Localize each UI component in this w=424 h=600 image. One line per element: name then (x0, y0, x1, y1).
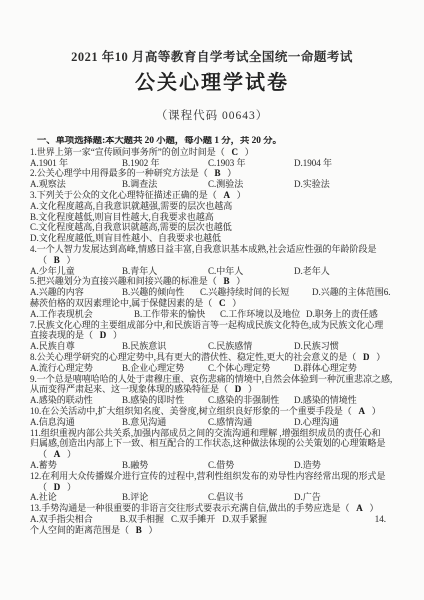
exam-line: B.文化程度越低,则盲目性越大,自我要求也越高 (30, 212, 398, 223)
option-cell: B.1902 年 (122, 158, 208, 169)
exam-line: 1.世界上第一家“宣传顾问事务所”的创立时间是（ C ） (30, 147, 398, 158)
section-heading: 一、单项选择题:本大题共 20 小题，每小题 1 分，共 20 分。 (30, 136, 398, 147)
exam-line: A.少年儿童B.青年人C.中年人D.老年人 (30, 266, 398, 277)
exam-line: A.1901 年B.1902 年C.1903 年D.1904 年 (30, 158, 398, 169)
exam-line: D.文化程度越低,则盲目性越小、自我要求也越低 (30, 233, 398, 244)
option-cell: B.双手相握 (120, 514, 164, 525)
exam-line: A.观察法B.调查法C.测验法D.实验法 (30, 179, 398, 190)
exam-header: 2021 年10 月高等教育自学考试全国统一命题考试 公关心理学试卷 （课程代码… (0, 0, 424, 123)
answer-letter: D (235, 384, 242, 394)
exam-line: A.感染的联动性B.感染的即时性C.感染的非强制性D.感染的情境性 (30, 395, 398, 406)
exam-line: A.流行心理定势B.企业心理定势C.个体心理定势D.群体心理定势 (30, 363, 398, 374)
answer-letter: A (359, 406, 366, 416)
answer-letter: C (219, 298, 226, 308)
answer-letter: D (100, 330, 107, 340)
option-cell: C.双手摊开 (171, 514, 215, 525)
option-cell: C.工作环境以及地位 (220, 309, 306, 320)
answer-letter: A (54, 449, 61, 459)
exam-line: 从而变得严肃起来、这一现象体现的感染特征是（ D ） (30, 384, 398, 395)
exam-line: A.民族自尊B.民族意识C.民族感情D.民族习惯 (30, 341, 398, 352)
option-cell: D.民族习惯 (294, 341, 398, 352)
exam-line: 8.公关心理学研究的心理定势中,具有更大的潜伏性、稳定性,更大的社会意义的是（ … (30, 352, 398, 363)
option-cell: B.企业心理定势 (122, 363, 208, 374)
option-cell: D.广告 (294, 492, 398, 503)
option-cell: B.工作带来的愉快 (134, 309, 220, 320)
exam-line: （ D ） (30, 482, 398, 493)
option-cell: A.信息沟通 (30, 417, 122, 428)
option-cell: B.融势 (122, 460, 208, 471)
option-cell: C.测验法 (208, 179, 294, 190)
exam-line: A.工作表现机会B.工作带来的愉快C.工作环境以及地位D.职务上的责任感 (30, 309, 398, 320)
option-cell: C.个体心理定势 (208, 363, 294, 374)
exam-line: （ B ） (30, 255, 398, 266)
exam-line: （ A ） (30, 449, 398, 460)
option-cell: B.调查法 (122, 179, 208, 190)
option-cell: B.民族意识 (122, 341, 208, 352)
answer-letter: B (215, 168, 221, 178)
answer-letter: D (54, 482, 61, 492)
stray-question-number: 14. (375, 514, 386, 525)
option-cell: C.中年人 (208, 266, 294, 277)
exam-session-title: 2021 年10 月高等教育自学考试全国统一命题考试 (0, 50, 424, 64)
option-cell: B.意见沟通 (122, 417, 208, 428)
exam-line: 12.在利用大众传播媒介进行宣传的过程中,营利性组织发布的劝导性内容经常出现的形… (30, 471, 398, 482)
option-cell: D.职务上的责任感 (306, 309, 398, 320)
exam-line: 赫茨伯格的双因素理论中,属于保健因素的是（ C ） (30, 298, 398, 309)
exam-line: 直接表现的是（ D ） (30, 330, 398, 341)
option-cell: C.借势 (208, 460, 294, 471)
answer-letter: B (224, 276, 230, 286)
answer-letter: A (224, 190, 231, 200)
option-cell: D.感染的情境性 (294, 395, 398, 406)
option-cell: B.评论 (122, 492, 208, 503)
option-cell: A.少年儿童 (30, 266, 122, 277)
option-cell: D.造势 (294, 460, 398, 471)
exam-line: 5.把兴趣划分为直接兴趣和间接兴趣的标准是（ B ） (30, 276, 398, 287)
option-cell: D.群体心理定势 (294, 363, 398, 374)
exam-line: A.蓄势B.融势C.借势D.造势 (30, 460, 398, 471)
option-cell: C.感染的非强制性 (208, 395, 294, 406)
exam-line: 9.一个总是嘻嘻哈哈的人处于肃穆庄重、哀伤悲痛的情境中,自然会体验到一种沉重悲凉… (30, 374, 398, 385)
option-cell: A.观察法 (30, 179, 122, 190)
exam-line: 个人空间的距离范围是（ B ） (30, 525, 398, 536)
question-list: 一、单项选择题:本大题共 20 小题，每小题 1 分，共 20 分。1.世界上第… (30, 136, 398, 535)
option-cell: A.民族自尊 (30, 341, 122, 352)
exam-line: A.文化程度越高,自我意识就越强,需要的层次也越高 (30, 201, 398, 212)
paper-title: 公关心理学试卷 (0, 71, 424, 95)
option-cell: A.流行心理定势 (30, 363, 122, 374)
option-cell: D.老年人 (294, 266, 398, 277)
exam-line: 11.组织重视内部公共关系,加强内部成员之间的交流沟通和理解 ,增强组织成员的责… (30, 428, 398, 439)
exam-paper-page: 2021 年10 月高等教育自学考试全国统一命题考试 公关心理学试卷 （课程代码… (0, 0, 424, 600)
exam-line: A.双手指尖相合B.双手相握C.双手摊开D.双手紧握14. (30, 514, 398, 525)
exam-line: 2.公关心理学中用得最多的一种研究方法是（ B ） (30, 168, 398, 179)
option-cell: A.社论 (30, 492, 122, 503)
option-cell: B.兴趣的倾向性 (122, 287, 200, 298)
option-cell: C.兴趣持续时间的长短 (200, 287, 312, 298)
option-cell: A.双手指尖相合 (30, 514, 93, 525)
option-cell: C.倡议书 (208, 492, 294, 503)
option-cell: C.感情沟通 (208, 417, 294, 428)
exam-line: A.社论B.评论C.倡议书D.广告 (30, 492, 398, 503)
answer-letter: C (232, 147, 239, 157)
option-cell: A.感染的联动性 (30, 395, 122, 406)
option-cell: D.1904 年 (294, 158, 398, 169)
option-cell: B.青年人 (122, 266, 208, 277)
exam-line: 13.手势沟通是一种很重要的非语言交往形式要表示充满自信,做出的手势应选是（ A… (30, 503, 398, 514)
option-cell: C.民族感情 (208, 341, 294, 352)
exam-line: C.文化程度越高,自我意识就越高,需要的层次也越低 (30, 222, 398, 233)
exam-line: 3.下列关于公众的文化心理特征描述正确的是（ A ） (30, 190, 398, 201)
option-cell: A.蓄势 (30, 460, 122, 471)
answer-letter: B (54, 255, 60, 265)
exam-line: 归属感,创造出内部上下一致、相互配合的工作状态,这种做法体现的公关策划的心理策略… (30, 438, 398, 449)
exam-line: 4.一个人智力发展达到高峰,情感日益丰富,自我意识基本成熟,社会适应性强的年龄阶… (30, 244, 398, 255)
option-cell: A.1901 年 (30, 158, 122, 169)
exam-line: 7.民族文化心理的主要组成部分中,和民族语言等一起构成民族文化特色,成为民族文化… (30, 320, 398, 331)
exam-line: 10.在公关活动中,扩大组织知名度、美誉度,树立组织良好形象的一个重要手段是（ … (30, 406, 398, 417)
option-cell: C.1903 年 (208, 158, 294, 169)
exam-line: A.信息沟通B.意见沟通C.感情沟通D.心理沟通 (30, 417, 398, 428)
option-cell: B.感染的即时性 (122, 395, 208, 406)
option-cell: D.双手紧握 (222, 514, 267, 525)
exam-line: A.兴趣的内容B.兴趣的倾向性C.兴趣持续时间的长短D.兴趣的主体范围6. (30, 287, 398, 298)
answer-letter: A (356, 503, 363, 513)
option-cell: A.兴趣的内容 (30, 287, 122, 298)
option-cell: D.兴趣的主体范围6. (312, 287, 398, 298)
option-cell: D.实验法 (294, 179, 398, 190)
answer-letter: B (136, 525, 142, 535)
course-code: （课程代码 00643） (0, 110, 424, 123)
option-cell: D.心理沟通 (294, 417, 398, 428)
answer-letter: D (363, 352, 370, 362)
option-cell: A.工作表现机会 (30, 309, 134, 320)
